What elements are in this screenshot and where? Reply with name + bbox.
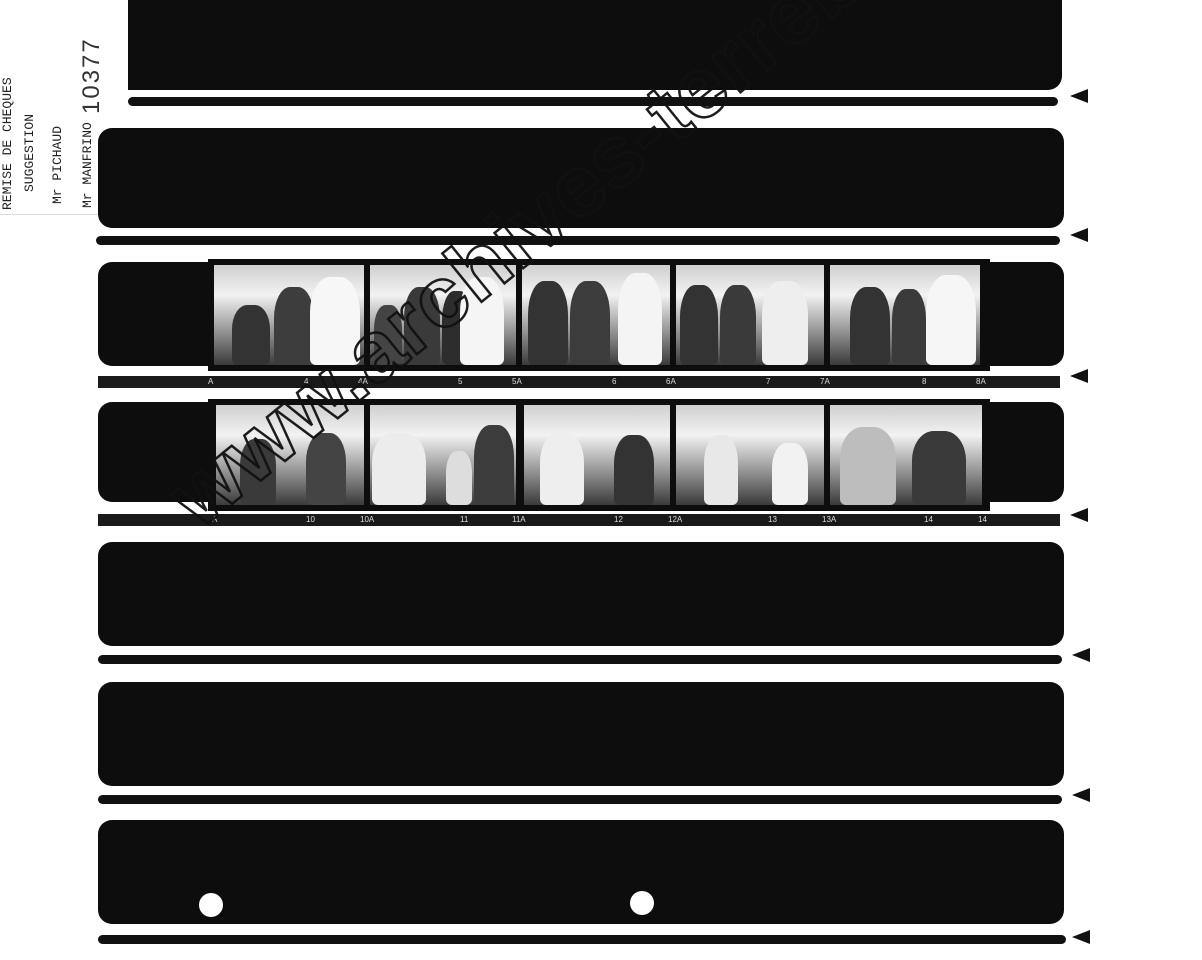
label-line-suggestion: SUGGESTION [22,114,37,192]
photo-frame-12[interactable] [524,405,670,505]
frame-number: 11 [460,514,468,526]
frame-number: 10 [306,514,315,526]
frame-number: 13 [768,514,777,526]
empty-strip-1 [128,0,1062,90]
frame-number: 12A [668,514,682,526]
frame-number: 7A [820,376,830,388]
frame-number: 12 [614,514,623,526]
label-line-title: REMISE DE CHEQUES [0,77,15,210]
arrow-left-icon [1070,508,1088,522]
frame-number-bar-1: A 4 4A 5 5A 6 6A 7 7A 8 8A [98,376,1060,388]
punch-hole [630,891,654,915]
empty-strip-6 [98,682,1064,786]
frame-number: 8A [976,376,986,388]
photo-frame-7[interactable] [676,265,824,365]
arrow-left-icon [1072,648,1090,662]
arrow-left-icon [1070,369,1088,383]
frame-number: 13A [822,514,836,526]
arrow-left-icon [1072,930,1090,944]
strip-edge-bar-6 [98,795,1062,804]
photo-frame-8[interactable] [830,265,980,365]
photo-frame-11[interactable] [370,405,516,505]
strip-edge-bar-5 [98,655,1062,664]
frame-number: 6 [612,376,616,388]
strip-edge-bar-7 [98,935,1066,944]
frame-number: 5A [512,376,522,388]
frame-number: 14 [924,514,933,526]
strip-edge-bar-1 [128,97,1058,106]
frame-number: 10A [360,514,374,526]
sheet-number: 10377 [78,37,106,114]
frame-number: 11A [512,514,526,526]
arrow-left-icon [1070,228,1088,242]
arrow-left-icon [1070,89,1088,103]
frame-number: 14 [978,514,987,526]
frame-number: 5 [458,376,462,388]
empty-strip-7 [98,820,1064,924]
frame-number: A [208,376,213,388]
frame-number: 8 [922,376,926,388]
punch-hole [199,893,223,917]
photo-frame-14[interactable] [830,405,982,505]
photo-frame-13[interactable] [676,405,824,505]
frame-number: 6A [666,376,676,388]
empty-strip-5 [98,542,1064,646]
arrow-left-icon [1072,788,1090,802]
label-line-manfrino: Mr MANFRINO [80,122,95,208]
label-line-pichaud: Mr PICHAUD [50,126,65,204]
frame-number: 7 [766,376,770,388]
photo-frame-6[interactable] [522,265,670,365]
